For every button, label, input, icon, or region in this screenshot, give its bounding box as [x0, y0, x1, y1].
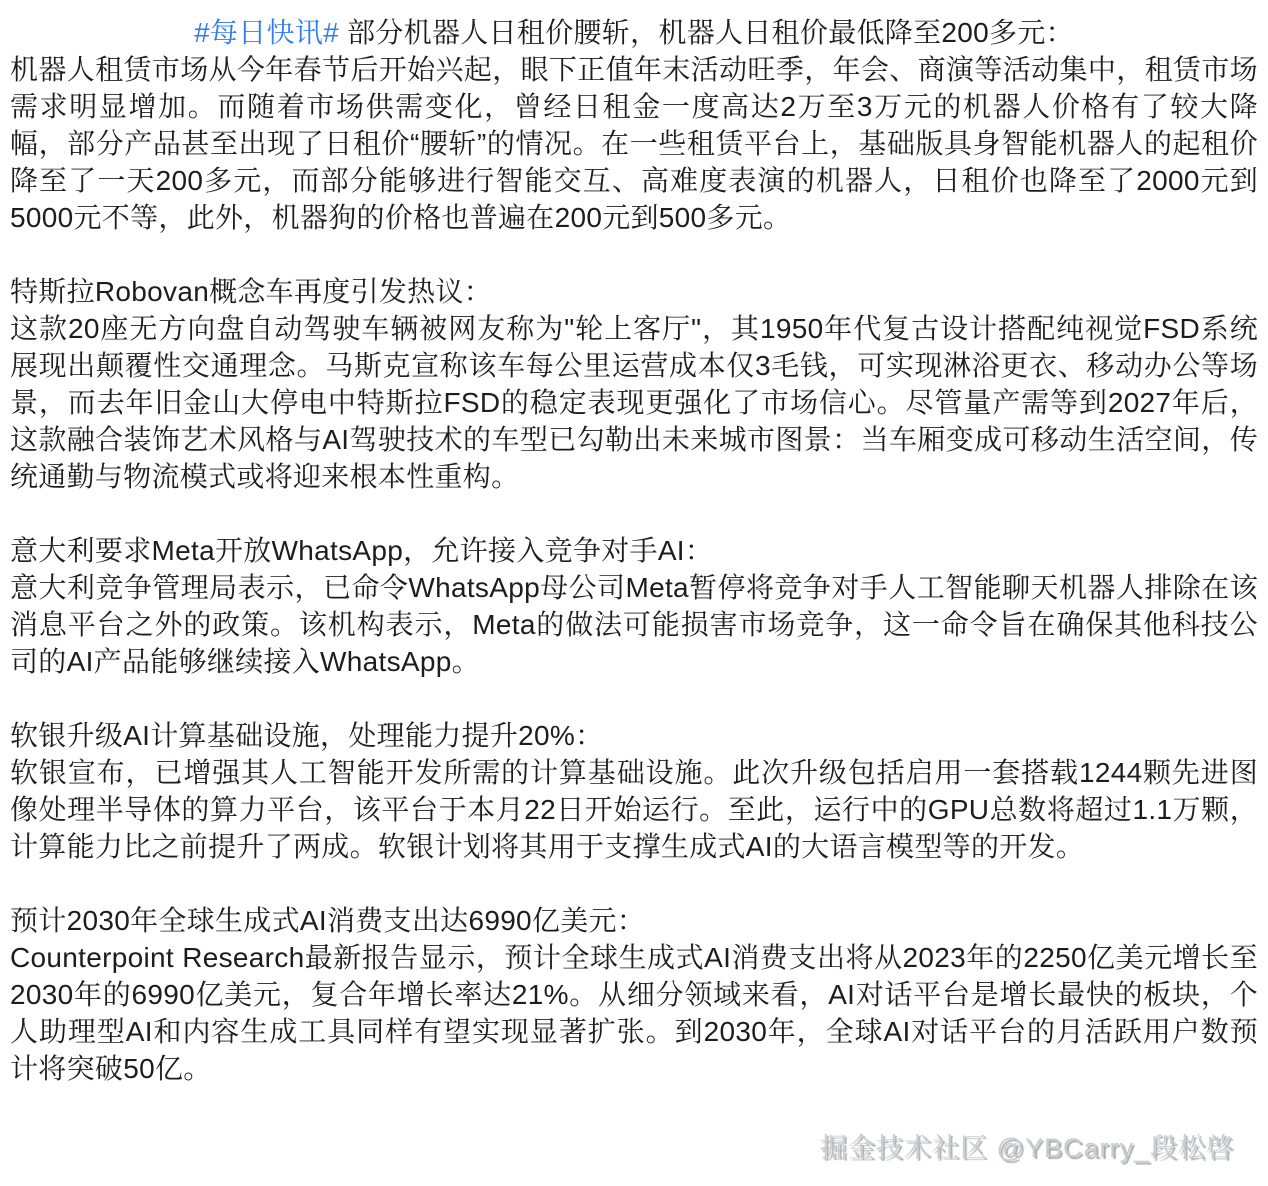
news-digest-page: #每日快讯# 部分机器人日租价腰斩，机器人日租价最低降至200多元： 机器人租赁… [0, 0, 1268, 1087]
section-heading: 意大利要求Meta开放WhatsApp，允许接入竞争对手AI： [10, 532, 1258, 569]
daily-news-hashtag-link[interactable]: #每日快讯# [194, 17, 339, 48]
section-body: 意大利竞争管理局表示，已命令WhatsApp母公司Meta暂停将竞争对手人工智能… [10, 569, 1258, 680]
title-text: 部分机器人日租价腰斩，机器人日租价最低降至200多元： [339, 17, 1074, 48]
news-section-meta-whatsapp: 意大利要求Meta开放WhatsApp，允许接入竞争对手AI： 意大利竞争管理局… [10, 532, 1258, 680]
section-body: 机器人租赁市场从今年春节后开始兴起，眼下正值年末活动旺季，年会、商演等活动集中，… [10, 51, 1258, 236]
news-section-softbank-ai: 软银升级AI计算基础设施，处理能力提升20%： 软银宣布，已增强其人工智能开发所… [10, 717, 1258, 865]
section-heading: 软银升级AI计算基础设施，处理能力提升20%： [10, 717, 1258, 754]
watermark: 掘金技术社区 @YBCarry_段松啓 [820, 1126, 1234, 1165]
news-section-genai-spending: 预计2030年全球生成式AI消费支出达6990亿美元： Counterpoint… [10, 902, 1258, 1087]
section-body: 软银宣布，已增强其人工智能开发所需的计算基础设施。此次升级包括启用一套搭载124… [10, 754, 1258, 865]
section-heading: 预计2030年全球生成式AI消费支出达6990亿美元： [10, 902, 1258, 939]
section-body: Counterpoint Research最新报告显示，预计全球生成式AI消费支… [10, 939, 1258, 1087]
section-heading: 特斯拉Robovan概念车再度引发热议： [10, 273, 1258, 310]
news-section-robot-rental: 机器人租赁市场从今年春节后开始兴起，眼下正值年末活动旺季，年会、商演等活动集中，… [10, 51, 1258, 236]
news-section-tesla-robovan: 特斯拉Robovan概念车再度引发热议： 这款20座无方向盘自动驾驶车辆被网友称… [10, 273, 1258, 495]
section-body: 这款20座无方向盘自动驾驶车辆被网友称为"轮上客厅"，其1950年代复古设计搭配… [10, 310, 1258, 495]
page-title: #每日快讯# 部分机器人日租价腰斩，机器人日租价最低降至200多元： [10, 14, 1258, 51]
